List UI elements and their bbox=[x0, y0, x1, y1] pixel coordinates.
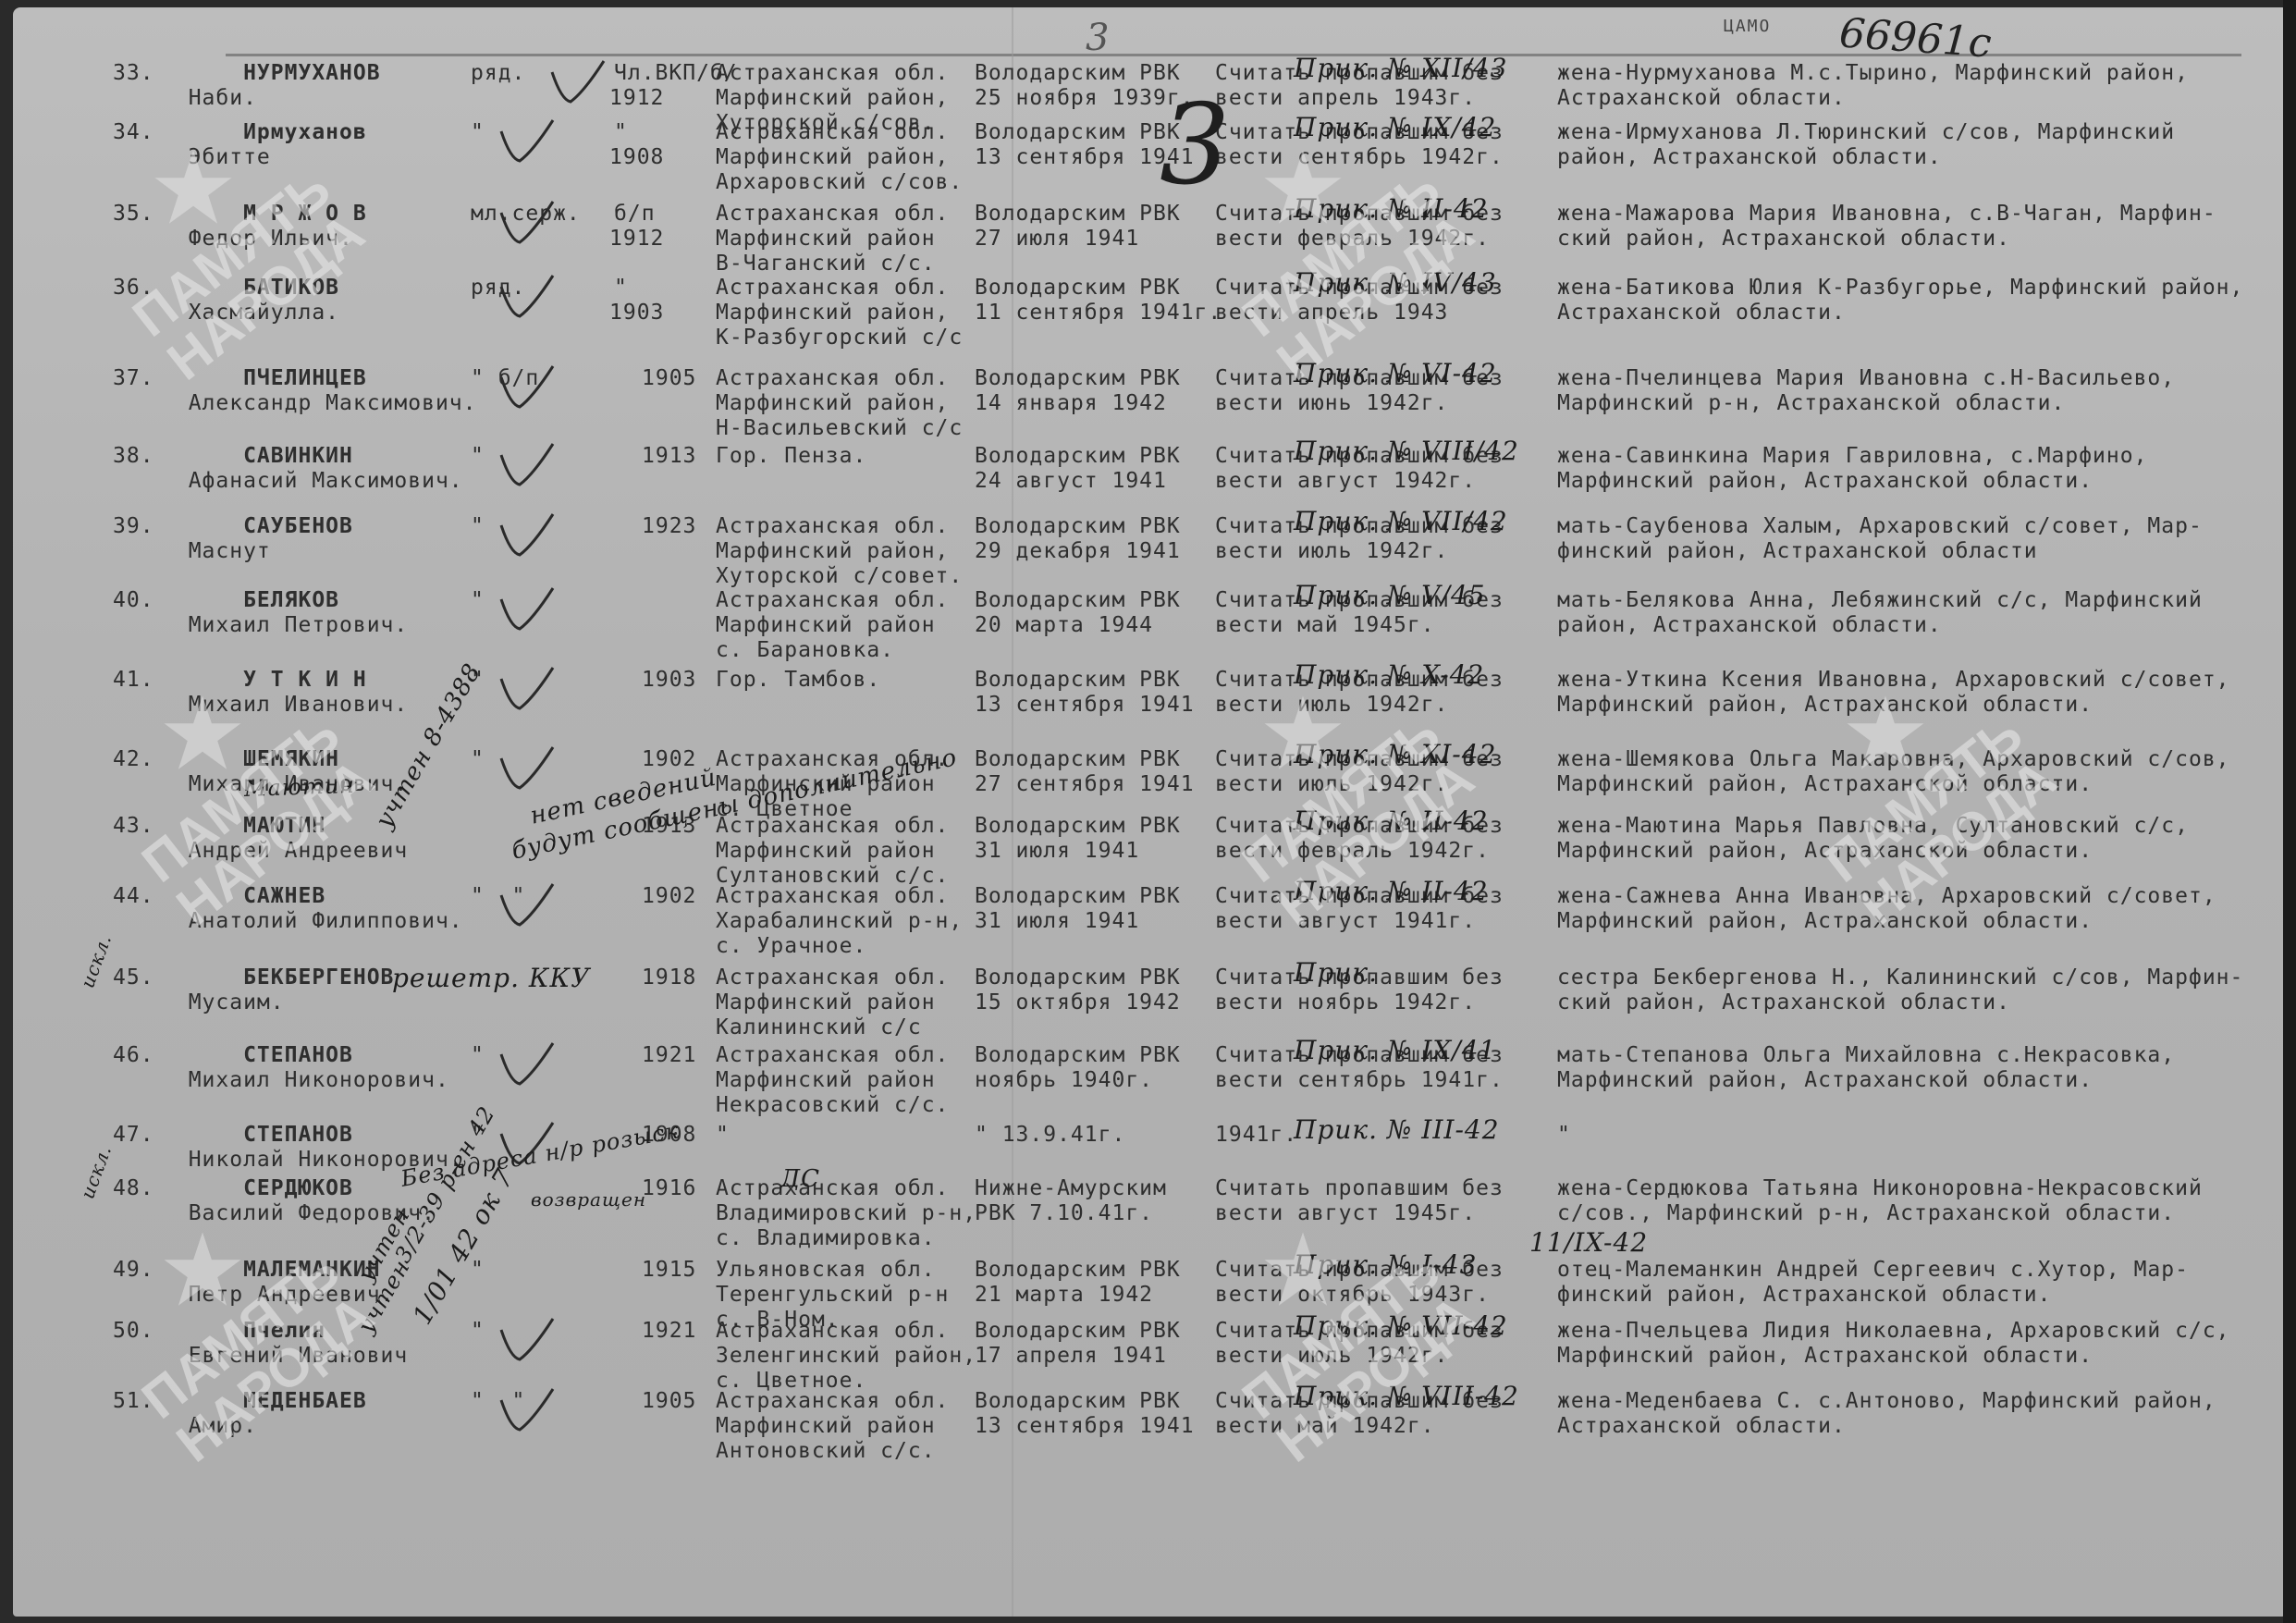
birthplace-line: Астраханская обл. bbox=[716, 1319, 949, 1344]
birthplace-line: Ульяновская обл. bbox=[716, 1258, 936, 1283]
draft-office-line: 31 июля 1941 bbox=[975, 909, 1139, 934]
draft-office-line: " 13.9.41г. bbox=[975, 1123, 1125, 1148]
birth-year: 1912 bbox=[609, 86, 664, 111]
birthplace-line: Астраханская обл. bbox=[716, 1389, 949, 1414]
checkmark-icon bbox=[494, 1038, 559, 1093]
next-of-kin-line: ский район, Астраханской области. bbox=[1557, 227, 2010, 252]
birthplace-line: Астраханская обл. bbox=[716, 1043, 949, 1068]
birth-year: 1912 bbox=[609, 227, 664, 252]
status-line: вести апрель 1943 bbox=[1215, 301, 1448, 326]
archive-number: 66961c bbox=[1837, 9, 1993, 67]
birthplace-line: Марфинский район bbox=[716, 839, 936, 864]
handwritten-order-ref: Прик. № VIII-42 bbox=[1294, 1383, 1519, 1408]
checkmark-icon bbox=[494, 509, 559, 564]
birthplace-line: Астраханская обл. bbox=[716, 884, 949, 909]
party-status: " bbox=[614, 120, 628, 145]
handwritten-order-ref: Прик. № IX/41 bbox=[1294, 1038, 1496, 1063]
birth-year: 1915 bbox=[642, 1258, 696, 1283]
draft-office-line: ноябрь 1940г. bbox=[975, 1068, 1153, 1093]
row-number: 48. bbox=[113, 1176, 154, 1201]
next-of-kin-line: жена-Мажарова Мария Ивановна, с.В-Чаган,… bbox=[1557, 202, 2216, 227]
surname: НУРМУХАНОВ bbox=[161, 61, 381, 86]
draft-office-line: 14 января 1942 bbox=[975, 391, 1167, 416]
given-name: Наби. bbox=[161, 86, 257, 111]
next-of-kin-line: сестра Бекбергенова Н., Калининский с/со… bbox=[1557, 965, 2243, 990]
next-of-kin-line: жена-Маютина Марья Павловна, Султановски… bbox=[1557, 814, 2189, 839]
party-status: б/п bbox=[614, 202, 656, 227]
next-of-kin-line: Астраханской области. bbox=[1557, 86, 1846, 111]
row-number: 39. bbox=[113, 514, 154, 539]
military-rank: ряд. bbox=[471, 61, 525, 86]
surname: САВИНКИН bbox=[161, 444, 353, 469]
handwritten-order-ref: Прик. № VIII/42 bbox=[1294, 438, 1519, 463]
next-of-kin-line: жена-Сажнева Анна Ивановна, Архаровский … bbox=[1557, 884, 2216, 909]
draft-office-line: Володарским РВК bbox=[975, 1389, 1181, 1414]
birthplace-line: Марфинский район, bbox=[716, 391, 949, 416]
handwritten-note: решетр. ККУ bbox=[392, 965, 590, 990]
surname: Ирмуханов bbox=[161, 120, 367, 145]
birthplace-line: Астраханская обл. bbox=[716, 120, 949, 145]
birthplace-line: Теренгульский р-н bbox=[716, 1283, 949, 1308]
draft-office-line: Володарским РВК bbox=[975, 444, 1181, 469]
handwritten-order-ref: Прик. № II-42 bbox=[1294, 808, 1489, 833]
birthplace-line: Астраханская обл. bbox=[716, 61, 949, 86]
surname: СТЕПАНОВ bbox=[161, 1123, 353, 1148]
birthplace-line: Гор. Тамбов. bbox=[716, 668, 880, 693]
handwritten-order-ref: Прик. № VI-42 bbox=[1294, 361, 1497, 386]
checkmark-icon bbox=[494, 742, 559, 797]
checkmark-icon bbox=[494, 879, 559, 934]
next-of-kin-line: район, Астраханской области. bbox=[1557, 613, 1942, 638]
birthplace-line: Некрасовский с/с. bbox=[716, 1093, 949, 1118]
birthplace-line: Архаровский с/сов. bbox=[716, 170, 963, 195]
status-line: вести июль 1942г. bbox=[1215, 772, 1448, 797]
row-number: 36. bbox=[113, 276, 154, 301]
row-number: 44. bbox=[113, 884, 154, 909]
next-of-kin-line: жена-Савинкина Мария Гавриловна, с.Марфи… bbox=[1557, 444, 2147, 469]
draft-office-line: Володарским РВК bbox=[975, 1258, 1181, 1283]
birthplace-line: с. Барановка. bbox=[716, 638, 894, 663]
handwritten-note: возвращен bbox=[531, 1187, 646, 1212]
military-rank: " bbox=[471, 120, 485, 145]
birthplace-line: Харабалинский р-н, bbox=[716, 909, 963, 934]
status-line: вести сентябрь 1941г. bbox=[1215, 1068, 1504, 1093]
next-of-kin-line: Марфинский район, Астраханской области. bbox=[1557, 839, 2093, 864]
party-status: " bbox=[614, 276, 628, 301]
star-icon bbox=[161, 1228, 244, 1311]
next-of-kin-line: жена-Ирмуханова Л.Тюринский с/сов, Марфи… bbox=[1557, 120, 2175, 145]
draft-office-line: Володарским РВК bbox=[975, 514, 1181, 539]
next-of-kin-line: Марфинский район, Астраханской области. bbox=[1557, 693, 2093, 718]
status-line: вести май 1945г. bbox=[1215, 613, 1435, 638]
checkmark-icon bbox=[494, 115, 559, 170]
given-name: Андрей Андреевич bbox=[161, 839, 408, 864]
draft-office-line: 13 сентября 1941 bbox=[975, 1414, 1195, 1439]
draft-office-line: Нижне-Амурским bbox=[975, 1176, 1167, 1201]
birth-year: 1902 bbox=[642, 884, 696, 909]
status-line: вести февраль 1942г. bbox=[1215, 227, 1490, 252]
next-of-kin-line: Марфинский район, Астраханской области. bbox=[1557, 909, 2093, 934]
checkmark-icon bbox=[494, 583, 559, 638]
birthplace-line: Марфинский район bbox=[716, 1068, 936, 1093]
draft-office-line: Володарским РВК bbox=[975, 276, 1181, 301]
birth-year: 1905 bbox=[642, 1389, 696, 1414]
surname: МАЮТИН bbox=[161, 814, 325, 839]
status-line: вести август 1941г. bbox=[1215, 909, 1476, 934]
birth-year: 1916 bbox=[642, 1176, 696, 1201]
birthplace-line: с. Урачное. bbox=[716, 934, 866, 959]
birth-year: 1905 bbox=[642, 366, 696, 391]
surname: ПЧЕЛИНЦЕВ bbox=[161, 366, 367, 391]
surname: БЕКБЕРГЕНОВ bbox=[161, 965, 394, 990]
next-of-kin-line: с/сов., Марфинский р-н, Астраханской обл… bbox=[1557, 1201, 2175, 1226]
given-name: Михаил Петрович. bbox=[161, 613, 408, 638]
status-line: вести июнь 1942г. bbox=[1215, 391, 1448, 416]
given-name: Евгений Иванович bbox=[161, 1344, 408, 1369]
next-of-kin-line: район, Астраханской области. bbox=[1557, 145, 1942, 170]
status-line: вести ноябрь 1942г. bbox=[1215, 990, 1476, 1015]
draft-office-line: 24 август 1941 bbox=[975, 469, 1167, 494]
surname: БЕЛЯКОВ bbox=[161, 588, 339, 613]
handwritten-note: ДС bbox=[780, 1167, 820, 1192]
birth-year: 1913 bbox=[642, 444, 696, 469]
handwritten-order-ref: Прик. № VII-42 bbox=[1294, 1313, 1508, 1338]
surname: СТЕПАНОВ bbox=[161, 1043, 353, 1068]
next-of-kin-line: мать-Белякова Анна, Лебяжинский с/с, Мар… bbox=[1557, 588, 2203, 613]
draft-office-line: 20 марта 1944 bbox=[975, 613, 1153, 638]
row-number: 47. bbox=[113, 1123, 154, 1148]
birth-year: 1903 bbox=[609, 301, 664, 326]
row-number: 45. bbox=[113, 965, 154, 990]
birth-year: 1903 bbox=[642, 668, 696, 693]
next-of-kin-line: отец-Малеманкин Андрей Сергеевич с.Хутор… bbox=[1557, 1258, 2189, 1283]
surname: БАТИКОВ bbox=[161, 276, 339, 301]
next-of-kin-line: жена-Меденбаева С. с.Антоново, Марфински… bbox=[1557, 1389, 2216, 1414]
draft-office-line: РВК 7.10.41г. bbox=[975, 1201, 1153, 1226]
next-of-kin-line: Марфинский р-н, Астраханской области. bbox=[1557, 391, 2065, 416]
status-line: вести июль 1942г. bbox=[1215, 1344, 1448, 1369]
status-line: вести апрель 1943г. bbox=[1215, 86, 1476, 111]
birth-year: 1918 bbox=[642, 965, 696, 990]
draft-office-line: Володарским РВК bbox=[975, 884, 1181, 909]
birthplace-line: Астраханская обл. bbox=[716, 366, 949, 391]
surname: САУБЕНОВ bbox=[161, 514, 353, 539]
checkmark-icon bbox=[494, 1383, 559, 1439]
status-line: вести октябрь 1943г. bbox=[1215, 1283, 1490, 1308]
row-number: 38. bbox=[113, 444, 154, 469]
birthplace-line: Антоновский с/с. bbox=[716, 1439, 936, 1464]
draft-office-line: 27 сентября 1941 bbox=[975, 772, 1195, 797]
given-name: Хасмайулла. bbox=[161, 301, 339, 326]
birthplace-line: Хуторской с/совет. bbox=[716, 564, 963, 589]
given-name: Маснут bbox=[161, 539, 271, 564]
star-icon bbox=[1261, 1228, 1344, 1311]
military-rank: " bbox=[471, 1319, 485, 1344]
row-number: 34. bbox=[113, 120, 154, 145]
birthplace-line: Марфинский район, bbox=[716, 301, 949, 326]
handwritten-note: Маютин bbox=[244, 773, 356, 802]
next-of-kin-line: Астраханской области. bbox=[1557, 1414, 1846, 1439]
draft-office-line: Володарским РВК bbox=[975, 1043, 1181, 1068]
next-of-kin-line: ский район, Астраханской области. bbox=[1557, 990, 2010, 1015]
handwritten-order-ref: Прик. № II-42 bbox=[1294, 879, 1489, 904]
checkmark-icon bbox=[494, 662, 559, 718]
row-number: 35. bbox=[113, 202, 154, 227]
draft-office-line: Володарским РВК bbox=[975, 965, 1181, 990]
given-name: Александр Максимович. bbox=[161, 391, 477, 416]
next-of-kin-line: мать-Степанова Ольга Михайловна с.Некрас… bbox=[1557, 1043, 2175, 1068]
draft-office-line: 11 сентября 1941г. bbox=[975, 301, 1222, 326]
surname: САЖНЕВ bbox=[161, 884, 325, 909]
draft-office-line: Володарским РВК bbox=[975, 202, 1181, 227]
given-name: Федор Ильич. bbox=[161, 227, 353, 252]
next-of-kin-line: жена-Батикова Юлия К-Разбугорье, Марфинс… bbox=[1557, 276, 2243, 301]
draft-office-line: 29 декабря 1941 bbox=[975, 539, 1181, 564]
military-rank: " bbox=[471, 1258, 485, 1283]
birthplace-line: Марфинский район, bbox=[716, 86, 949, 111]
draft-office-line: Володарским РВК bbox=[975, 61, 1181, 86]
row-number: 40. bbox=[113, 588, 154, 613]
birthplace-line: Марфинский район, bbox=[716, 145, 949, 170]
birth-year: 1921 bbox=[642, 1043, 696, 1068]
handwritten-order-ref: Прик. № VII/42 bbox=[1294, 509, 1508, 534]
draft-office-line: Володарским РВК bbox=[975, 747, 1181, 772]
checkmark-icon bbox=[494, 270, 559, 326]
given-name: Мусаим. bbox=[161, 990, 285, 1015]
row-number: 41. bbox=[113, 668, 154, 693]
row-number: 46. bbox=[113, 1043, 154, 1068]
handwritten-order-ref: Прик. bbox=[1294, 960, 1378, 985]
row-number: 37. bbox=[113, 366, 154, 391]
birthplace-line: Гор. Пенза. bbox=[716, 444, 866, 469]
birthplace-line: В-Чаганский с/с. bbox=[716, 252, 936, 277]
star-icon bbox=[152, 146, 235, 229]
birthplace-line: Астраханская обл. bbox=[716, 965, 949, 990]
draft-office-line: Володарским РВК bbox=[975, 1319, 1181, 1344]
row-number: 33. bbox=[113, 61, 154, 86]
status-line: 1941г. bbox=[1215, 1123, 1297, 1148]
birthplace-line: с. Владимировка. bbox=[716, 1226, 936, 1251]
status-line: вести август 1942г. bbox=[1215, 469, 1476, 494]
next-of-kin-line: Марфинский район, Астраханской области. bbox=[1557, 469, 2093, 494]
birthplace-line: Астраханская обл. bbox=[716, 202, 949, 227]
draft-office-line: 15 октября 1942 bbox=[975, 990, 1181, 1015]
birthplace-line: Марфинский район bbox=[716, 990, 936, 1015]
given-name: Амир. bbox=[161, 1414, 257, 1439]
birthplace-line: Астраханская обл. bbox=[716, 588, 949, 613]
next-of-kin-line: жена-Уткина Ксения Ивановна, Архаровский… bbox=[1557, 668, 2230, 693]
status-line: вести август 1945г. bbox=[1215, 1201, 1476, 1226]
draft-office-line: Володарским РВК bbox=[975, 588, 1181, 613]
birthplace-line: Марфинский район bbox=[716, 227, 936, 252]
birthplace-line: Астраханская обл. bbox=[716, 514, 949, 539]
row-number: 42. bbox=[113, 747, 154, 772]
birthplace-line: Астраханская обл. bbox=[716, 814, 949, 839]
given-name: Анатолий Филиппович. bbox=[161, 909, 463, 934]
military-rank: " bbox=[471, 1043, 485, 1068]
scan-edge bbox=[2283, 0, 2296, 1623]
next-of-kin-line: жена-Сердюкова Татьяна Никоноровна-Некра… bbox=[1557, 1176, 2203, 1201]
draft-office-line: Володарским РВК bbox=[975, 668, 1181, 693]
draft-office-line: Володарским РВК bbox=[975, 120, 1181, 145]
draft-office-line: 27 июля 1941 bbox=[975, 227, 1139, 252]
draft-office-line: 21 марта 1942 bbox=[975, 1283, 1153, 1308]
next-of-kin-line: Марфинский район, Астраханской области. bbox=[1557, 1344, 2093, 1369]
draft-office-line: Володарским РВК bbox=[975, 366, 1181, 391]
checkmark-icon bbox=[494, 1313, 559, 1369]
surname: Пчелин bbox=[161, 1319, 325, 1344]
star-icon bbox=[161, 692, 244, 775]
next-of-kin-line: финский район, Астраханской области. bbox=[1557, 1283, 2052, 1308]
handwritten-note: учтен 8-4388 bbox=[372, 659, 485, 832]
status-line: вести июль 1942г. bbox=[1215, 539, 1448, 564]
row-number: 49. bbox=[113, 1258, 154, 1283]
birthplace-line: Астраханская обл. bbox=[716, 276, 949, 301]
given-name: Михаил Никонорович. bbox=[161, 1068, 449, 1093]
birthplace-line: Зеленгинский район, bbox=[716, 1344, 976, 1369]
birthplace-line: Н-Васильевский с/с bbox=[716, 416, 963, 441]
handwritten-date: 11/IX-42 bbox=[1529, 1230, 1648, 1255]
birthplace-line: К-Разбугорский с/с bbox=[716, 326, 963, 350]
given-name: Афанасий Максимович. bbox=[161, 469, 463, 494]
next-of-kin-line: Марфинский район, Астраханской области. bbox=[1557, 772, 2093, 797]
military-rank: " bbox=[471, 588, 485, 613]
handwritten-note: 1/01 42 ок 7 bbox=[409, 1164, 518, 1328]
birth-year: 1921 bbox=[642, 1319, 696, 1344]
row-number: 43. bbox=[113, 814, 154, 839]
checkmark-icon bbox=[545, 55, 609, 111]
draft-office-line: 13 сентября 1941 bbox=[975, 693, 1195, 718]
archive-stamp: ЦАМО bbox=[1724, 17, 1771, 36]
birthplace-line: Владимировский р-н, bbox=[716, 1201, 976, 1226]
handwritten-order-ref: Прик. № X-42 bbox=[1294, 662, 1484, 687]
next-of-kin-line: мать-Саубенова Халым, Архаровский с/сове… bbox=[1557, 514, 2203, 539]
military-rank: " bbox=[471, 514, 485, 539]
birthplace-line: Марфинский район bbox=[716, 1414, 936, 1439]
archival-document-page: 3 ЦАМО 66961c 33. НУРМУХАНОВ Наби.ряд.Чл… bbox=[13, 7, 2286, 1617]
military-rank: " bbox=[471, 747, 485, 772]
status-line: вести май 1942г. bbox=[1215, 1414, 1435, 1439]
checkmark-icon bbox=[494, 361, 559, 416]
draft-office-line: 17 апреля 1941 bbox=[975, 1344, 1167, 1369]
handwritten-numeral: 3 bbox=[1160, 81, 1230, 210]
handwritten-order-ref: Прик. № IX/42 bbox=[1294, 115, 1496, 140]
page-marker: 3 bbox=[1086, 17, 1109, 59]
birth-year: 1923 bbox=[642, 514, 696, 539]
draft-office-line: 31 июля 1941 bbox=[975, 839, 1139, 864]
birthplace-line: Марфинский район, bbox=[716, 539, 949, 564]
surname: МЕДЕНБАЕВ bbox=[161, 1389, 367, 1414]
star-icon bbox=[1261, 692, 1344, 775]
next-of-kin-line: жена-Пчельцева Лидия Николаевна, Архаров… bbox=[1557, 1319, 2230, 1344]
surname: У Т К И Н bbox=[161, 668, 367, 693]
checkmark-icon bbox=[494, 438, 559, 494]
birth-year: 1908 bbox=[609, 145, 664, 170]
status-line: Считать пропавшим без bbox=[1215, 1176, 1504, 1201]
handwritten-order-ref: Прик. № IV/43 bbox=[1294, 270, 1497, 295]
handwritten-note: искл. bbox=[75, 1141, 117, 1202]
birthplace-line: Марфинский район bbox=[716, 613, 936, 638]
next-of-kin-line: " bbox=[1557, 1123, 1571, 1148]
star-icon bbox=[1261, 146, 1344, 229]
handwritten-note: искл. bbox=[75, 930, 117, 991]
checkmark-icon bbox=[494, 196, 559, 252]
military-rank: " bbox=[471, 444, 485, 469]
next-of-kin-line: жена-Пчелинцева Мария Ивановна с.Н-Васил… bbox=[1557, 366, 2175, 391]
row-number: 51. bbox=[113, 1389, 154, 1414]
handwritten-order-ref: Прик. № III-42 bbox=[1294, 1117, 1500, 1142]
next-of-kin-line: жена-Нурмуханова М.с.Тырино, Марфинский … bbox=[1557, 61, 2189, 86]
star-icon bbox=[1844, 692, 1927, 775]
birthplace-line: Астраханская обл. bbox=[716, 1176, 949, 1201]
row-number: 50. bbox=[113, 1319, 154, 1344]
next-of-kin-line: Астраханской области. bbox=[1557, 301, 1846, 326]
next-of-kin-line: финский район, Астраханской области bbox=[1557, 539, 2038, 564]
surname: СЕРДЮКОВ bbox=[161, 1176, 353, 1201]
handwritten-order-ref: Прик. № V/45 bbox=[1294, 583, 1486, 608]
status-line: вести сентябрь 1942г. bbox=[1215, 145, 1504, 170]
next-of-kin-line: Марфинский район, Астраханской области. bbox=[1557, 1068, 2093, 1093]
birthplace-line: Калининский с/с bbox=[716, 1015, 922, 1040]
draft-office-line: Володарским РВК bbox=[975, 814, 1181, 839]
status-line: вести февраль 1942г. bbox=[1215, 839, 1490, 864]
birthplace-line: " bbox=[716, 1123, 730, 1148]
handwritten-order-ref: Прик. № XII/43 bbox=[1294, 55, 1507, 80]
